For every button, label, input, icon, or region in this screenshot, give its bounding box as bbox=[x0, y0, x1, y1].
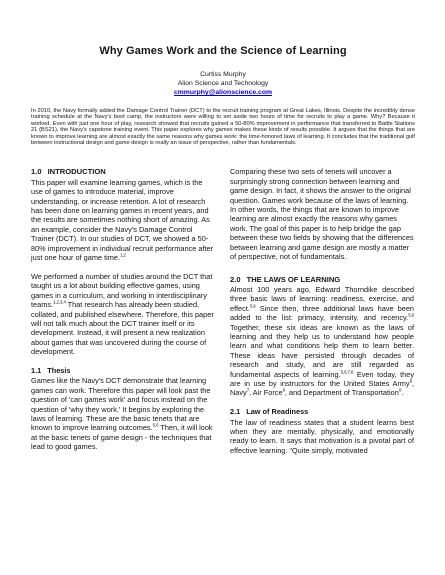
paragraph-laws: Almost 100 years ago, Edward Thorndike d… bbox=[230, 285, 414, 398]
author-email-link[interactable]: cmmurphy@alionscience.com bbox=[174, 89, 272, 96]
section-label: THE LAWS OF LEARNING bbox=[247, 275, 341, 284]
section-number: 2.0 bbox=[230, 275, 241, 284]
citation-marker: 1,2 bbox=[120, 253, 126, 258]
citation-marker: 5,6 bbox=[250, 303, 256, 308]
citation-marker: 6 bbox=[399, 388, 401, 393]
citation-marker: 5,6 bbox=[153, 423, 159, 428]
paragraph-readiness: The law of readiness states that a stude… bbox=[230, 418, 414, 456]
paper-page: Why Games Work and the Science of Learni… bbox=[0, 0, 445, 575]
citation-marker: 8 bbox=[410, 379, 412, 384]
paragraph-thesis: Games like the Navy's DCT demonstrate th… bbox=[31, 376, 215, 451]
citation-marker: 5,6 bbox=[408, 313, 414, 318]
subsection-heading-thesis: 1.1Thesis bbox=[31, 366, 215, 375]
author-affiliation: Alion Science and Technology bbox=[31, 79, 415, 88]
subsection-heading-readiness: 2.1Law of Readiness bbox=[230, 407, 414, 416]
author-block: Curtiss Murphy Alion Science and Technol… bbox=[31, 70, 415, 97]
paragraph-intro-2: We performed a number of studies around … bbox=[31, 272, 215, 357]
section-label: Thesis bbox=[47, 366, 70, 375]
right-column: Comparing these two sets of tenets will … bbox=[230, 167, 414, 464]
section-number: 2.1 bbox=[230, 407, 240, 416]
section-label: INTRODUCTION bbox=[48, 167, 106, 176]
section-heading-laws-of-learning: 2.0THE LAWS OF LEARNING bbox=[230, 275, 414, 284]
citation-marker: 5,6,7,8 bbox=[341, 369, 354, 374]
citation-marker: 7 bbox=[247, 388, 249, 393]
page-title: Why Games Work and the Science of Learni… bbox=[31, 45, 415, 57]
paragraph-comparing: Comparing these two sets of tenets will … bbox=[230, 167, 414, 261]
author-name: Curtiss Murphy bbox=[31, 70, 415, 79]
abstract-text: In 2010, the Navy formally added the Dam… bbox=[31, 108, 415, 146]
section-number: 1.1 bbox=[31, 366, 41, 375]
paragraph-intro-1: This paper will examine learning games, … bbox=[31, 178, 215, 263]
citation-marker: 1,2,3,4 bbox=[53, 300, 66, 305]
two-column-layout: 1.0INTRODUCTION This paper will examine … bbox=[31, 167, 415, 464]
citation-marker: 9 bbox=[283, 388, 285, 393]
section-number: 1.0 bbox=[31, 167, 42, 176]
left-column: 1.0INTRODUCTION This paper will examine … bbox=[31, 167, 215, 464]
section-label: Law of Readiness bbox=[246, 407, 308, 416]
section-heading-introduction: 1.0INTRODUCTION bbox=[31, 167, 215, 176]
